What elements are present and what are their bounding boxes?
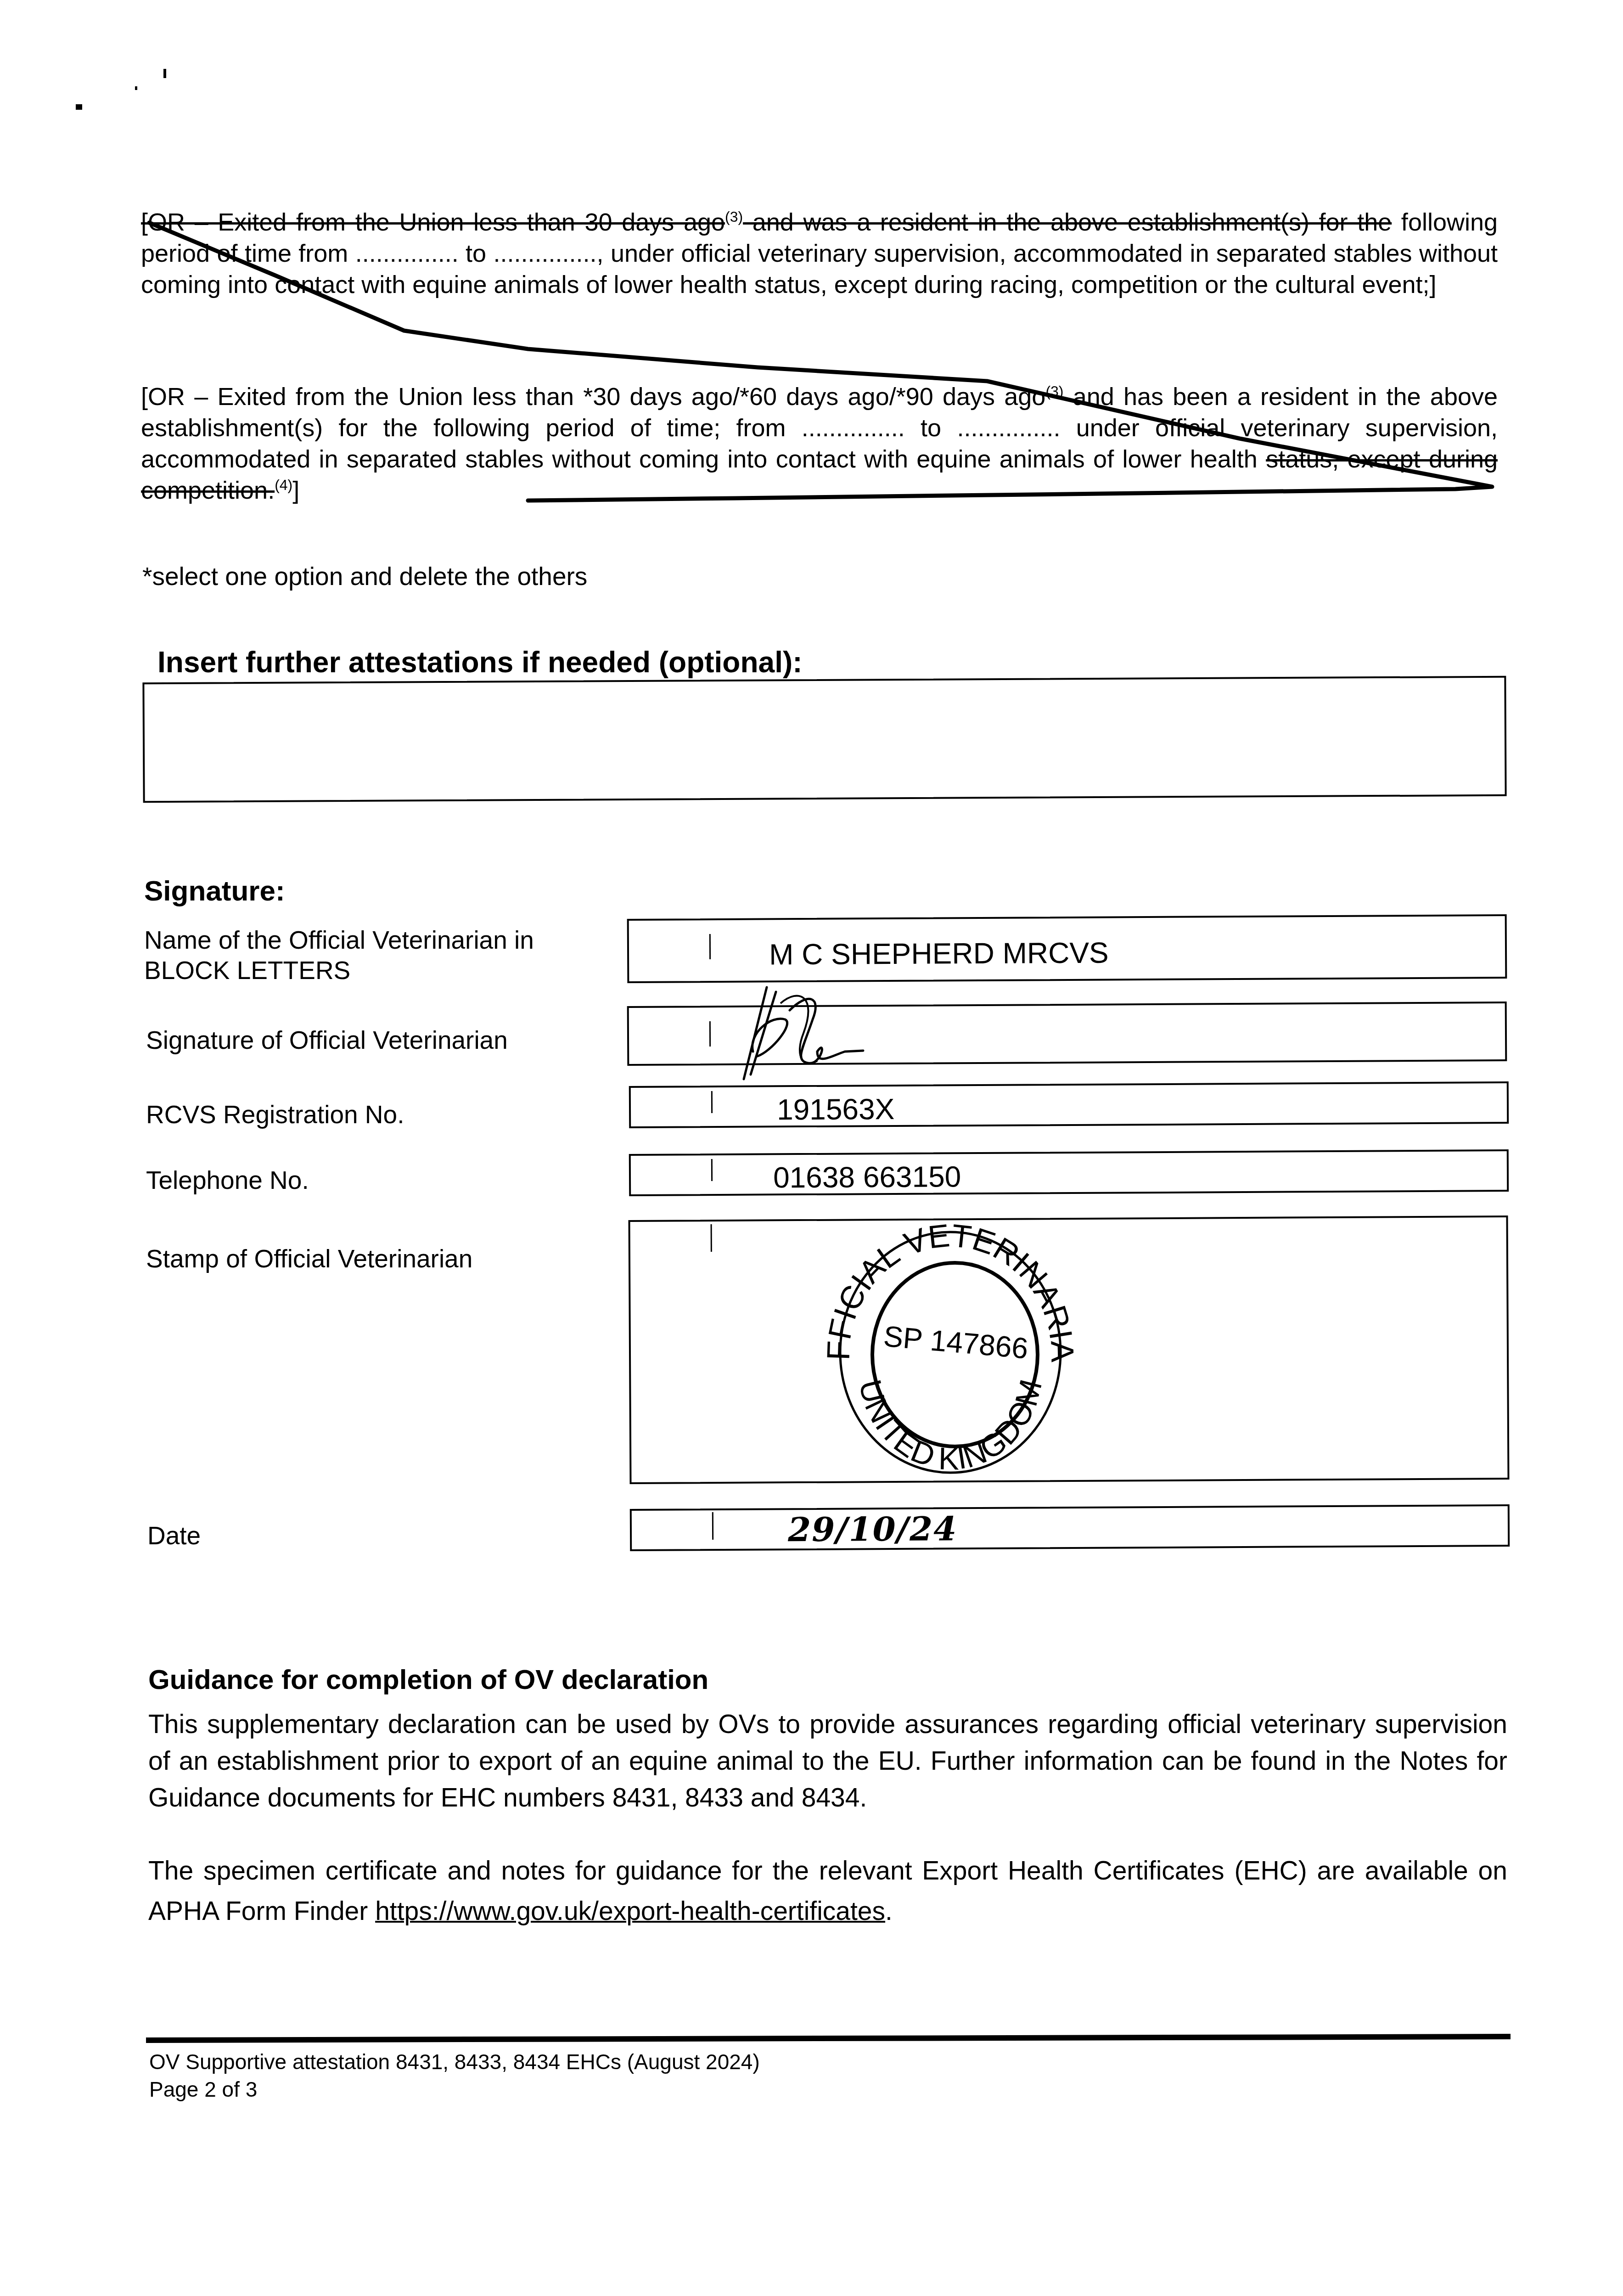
stamp-bottom-text: UNITED KINGDOM: [852, 1376, 1049, 1477]
rcvs-reg-field[interactable]: 191563X: [629, 1081, 1509, 1128]
rcvs-reg-label: RCVS Registration No.: [146, 1099, 404, 1130]
ov-name-label: Name of the Official Veterinarian in BLO…: [144, 925, 580, 985]
deletion-stroke-icon: [0, 0, 1623, 551]
date-value: 29/10/24: [788, 1509, 958, 1549]
handwritten-signature-icon: [725, 983, 918, 1084]
telephone-label: Telephone No.: [146, 1165, 309, 1195]
further-attestations-heading: Insert further attestations if needed (o…: [157, 645, 803, 679]
guidance-paragraph-2: The specimen certificate and notes for g…: [148, 1851, 1507, 1931]
further-attestations-input[interactable]: [142, 676, 1506, 803]
date-label: Date: [147, 1520, 201, 1551]
telephone-field[interactable]: 01638 663150: [629, 1149, 1509, 1196]
ov-signature-label: Signature of Official Veterinarian: [146, 1025, 508, 1055]
page-indicator: Page 2 of 3: [149, 2076, 257, 2103]
ov-name-field[interactable]: M C SHEPHERD MRCVS: [627, 914, 1507, 983]
guidance-heading: Guidance for completion of OV declaratio…: [148, 1664, 708, 1695]
ov-name-value: M C SHEPHERD MRCVS: [769, 936, 1109, 972]
stamp-center-text: SP 147866: [882, 1319, 1030, 1365]
footer-document-title: OV Supportive attestation 8431, 8433, 84…: [149, 2048, 760, 2076]
field-cursor-mark: [711, 1091, 713, 1113]
field-cursor-mark: [709, 1021, 711, 1047]
field-cursor-mark: [712, 1512, 713, 1540]
field-cursor-mark: [711, 1159, 713, 1181]
official-veterinarian-stamp-icon: OFFICIAL VETERINARIAN UNITED KINGDOM SP …: [822, 1217, 1079, 1474]
rcvs-reg-value: 191563X: [777, 1092, 895, 1126]
guidance-paragraph-1: This supplementary declaration can be us…: [148, 1706, 1507, 1816]
svg-text:UNITED KINGDOM: UNITED KINGDOM: [852, 1376, 1049, 1477]
stamp-label: Stamp of Official Veterinarian: [146, 1244, 472, 1274]
guidance-paragraph-2-end: .: [885, 1896, 893, 1926]
export-health-certificates-link[interactable]: https://www.gov.uk/export-health-certifi…: [375, 1896, 885, 1926]
signature-heading: Signature:: [144, 875, 285, 907]
footer-divider: [146, 2034, 1511, 2043]
instruction-note: *select one option and delete the others: [142, 562, 587, 591]
field-cursor-mark: [711, 1224, 712, 1252]
field-cursor-mark: [709, 934, 711, 959]
date-field[interactable]: 29/10/24: [630, 1504, 1510, 1551]
telephone-value: 01638 663150: [773, 1159, 961, 1194]
